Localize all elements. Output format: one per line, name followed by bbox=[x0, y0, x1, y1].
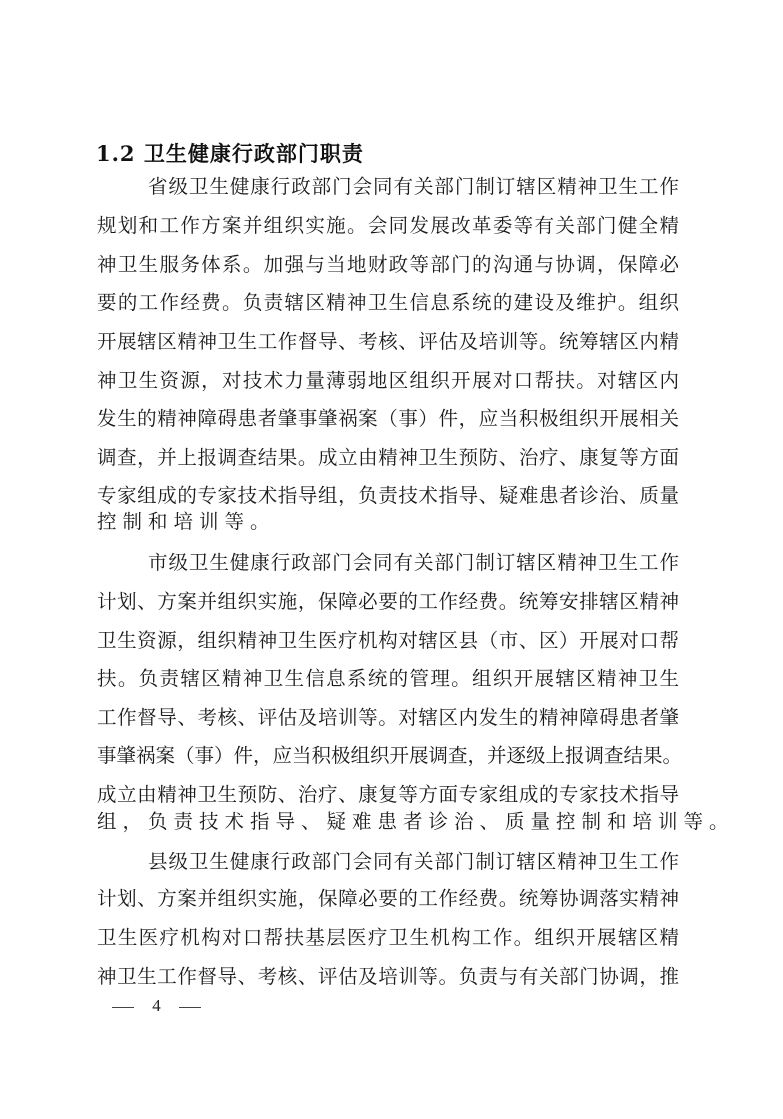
text-line: 县级卫生健康行政部门会同有关部门制订辖区精神卫生工作 bbox=[148, 848, 679, 876]
text-line: 组，负责技术指导、疑难患者诊治、质量控制和培训等。 bbox=[97, 808, 735, 836]
text-line: 计划、方案并组织实施，保障必要的工作经费。统筹协调落实精神 bbox=[97, 885, 679, 913]
text-line: 规划和工作方案并组织实施。会同发展改革委等有关部门健全精 bbox=[97, 212, 679, 240]
page-footer: 4 bbox=[112, 996, 201, 1016]
text-line: 计划、方案并组织实施，保障必要的工作经费。统筹安排辖区精神 bbox=[97, 588, 679, 616]
text-line: 卫生医疗机构对口帮扶基层医疗卫生机构工作。组织开展辖区精 bbox=[97, 924, 679, 952]
text-line: 专家组成的专家技术指导组，负责技术指导、疑难患者诊治、质量 bbox=[97, 482, 679, 510]
text-line: 开展辖区精神卫生工作督导、考核、评估及培训等。统筹辖区内精 bbox=[97, 328, 679, 356]
text-line: 市级卫生健康行政部门会同有关部门制订辖区精神卫生工作 bbox=[148, 549, 679, 577]
text-line: 省级卫生健康行政部门会同有关部门制订辖区精神卫生工作 bbox=[148, 173, 679, 201]
footer-dash-right bbox=[179, 1007, 201, 1008]
text-line: 成立由精神卫生预防、治疗、康复等方面专家组成的专家技术指导 bbox=[97, 781, 679, 809]
section-heading: 1.2 卫生健康行政部门职责 bbox=[96, 138, 364, 168]
text-line: 事肇祸案（事）件，应当积极组织开展调查，并逐级上报调查结果。 bbox=[97, 742, 679, 770]
document-page: 1.2 卫生健康行政部门职责 省级卫生健康行政部门会同有关部门制订辖区精神卫生工… bbox=[0, 0, 783, 1119]
text-line: 要的工作经费。负责辖区精神卫生信息系统的建设及维护。组织 bbox=[97, 289, 679, 317]
text-line: 工作督导、考核、评估及培训等。对辖区内发生的精神障碍患者肇 bbox=[97, 704, 679, 732]
text-line: 扶。负责辖区精神卫生信息系统的管理。组织开展辖区精神卫生 bbox=[97, 665, 679, 693]
text-line: 发生的精神障碍患者肇事肇祸案（事）件，应当积极组织开展相关 bbox=[97, 405, 679, 433]
text-line: 神卫生工作督导、考核、评估及培训等。负责与有关部门协调，推 bbox=[97, 963, 679, 991]
text-line: 控制和培训等。 bbox=[97, 508, 276, 536]
text-line: 调查，并上报调查结果。成立由精神卫生预防、治疗、康复等方面 bbox=[97, 444, 679, 472]
text-line: 卫生资源，组织精神卫生医疗机构对辖区县（市、区）开展对口帮 bbox=[97, 627, 679, 655]
page-number: 4 bbox=[152, 996, 161, 1016]
text-line: 神卫生服务体系。加强与当地财政等部门的沟通与协调，保障必 bbox=[97, 251, 679, 279]
text-line: 神卫生资源，对技术力量薄弱地区组织开展对口帮扶。对辖区内 bbox=[97, 367, 679, 395]
footer-dash-left bbox=[112, 1007, 134, 1008]
